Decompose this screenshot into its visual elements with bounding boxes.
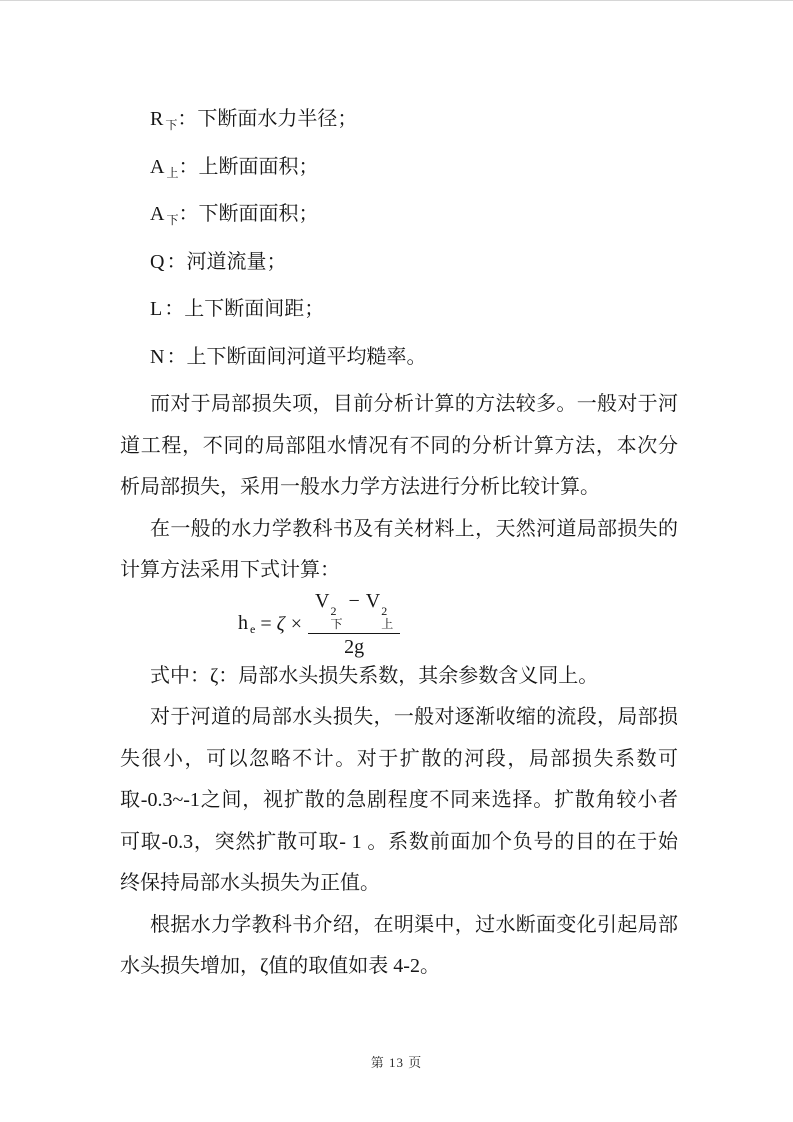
v-superscript: 2 <box>330 605 336 618</box>
symbol: N <box>150 346 164 368</box>
symbol: Q <box>150 251 164 273</box>
definition-line-l: L：上下断面间距； <box>120 289 678 337</box>
velocity-downstream-term: V2下 <box>315 590 342 612</box>
definition-line-q: Q：河道流量； <box>120 242 678 290</box>
symbol: A <box>150 156 164 178</box>
page-top-edge <box>0 0 793 1</box>
minus-sign: − <box>348 590 359 612</box>
v-sup-sub: 2上 <box>381 605 393 630</box>
page-number: 第 13 页 <box>371 1055 423 1070</box>
separator: ： <box>166 346 186 368</box>
symbol: L <box>150 298 162 320</box>
paragraph-coefficient-selection: 对于河道的局部水头损失，一般对逐渐收缩的流段，局部损失很小，可以忽略不计。对于扩… <box>120 697 678 905</box>
equals-sign: = <box>260 613 271 636</box>
symbol-subscript: 下 <box>165 118 177 132</box>
separator: ： <box>166 251 186 273</box>
symbol-subscript: 下 <box>166 213 178 227</box>
fraction: V2下−V2上 2g <box>308 590 400 659</box>
definition-text: 上下断面间河道平均糙率。 <box>186 346 426 368</box>
symbol: A <box>150 203 164 225</box>
fraction-numerator: V2下−V2上 <box>308 590 400 634</box>
separator: ： <box>164 298 184 320</box>
zeta-symbol: ζ <box>277 613 285 636</box>
velocity-upstream-term: V2上 <box>366 590 393 612</box>
definition-text: 下断面面积； <box>198 203 318 225</box>
v-symbol: V <box>366 590 380 612</box>
definition-line-a-up: A上：上断面面积； <box>120 147 678 195</box>
page-footer: 第 13 页 <box>0 1052 793 1071</box>
formula-lhs: he <box>238 612 255 637</box>
separator: ： <box>177 108 197 130</box>
definition-text: 上下断面间距； <box>184 298 324 320</box>
paragraph-textbook-method: 在一般的水力学教科书及有关材料上，天然河道局部损失的计算方法采用下式计算： <box>120 509 678 592</box>
v-subscript: 下 <box>330 618 342 631</box>
symbol: R <box>150 108 163 130</box>
definition-line-n: N：上下断面间河道平均糙率。 <box>120 337 678 385</box>
v-subscript: 上 <box>381 618 393 631</box>
definition-line-r-down: R下：下断面水力半径； <box>120 99 678 147</box>
paragraph-local-loss-intro: 而对于局部损失项，目前分析计算的方法较多。一般对于河道工程，不同的局部阻水情况有… <box>120 384 678 509</box>
symbol-subscript: 上 <box>166 166 178 180</box>
definition-text: 下断面水力半径； <box>197 108 357 130</box>
v-superscript: 2 <box>381 605 387 618</box>
v-sup-sub: 2下 <box>330 605 342 630</box>
separator: ： <box>178 156 198 178</box>
document-page: R下：下断面水力半径； A上：上断面面积； A下：下断面面积； Q：河道流量； … <box>0 0 793 1122</box>
paragraph-formula-legend: 式中：ζ：局部水头损失系数，其余参数含义同上。 <box>120 656 678 698</box>
v-symbol: V <box>315 590 329 612</box>
head-loss-formula: he = ζ × V2下−V2上 2g <box>238 596 678 654</box>
times-sign: × <box>291 613 302 636</box>
paragraph-table-reference: 根据水力学教科书介绍，在明渠中，过水断面变化引起局部水头损失增加，ζ值的取值如表… <box>120 905 678 988</box>
definition-text: 上断面面积； <box>198 156 318 178</box>
h-subscript: e <box>250 622 255 636</box>
separator: ： <box>178 203 198 225</box>
page-content: R下：下断面水力半径； A上：上断面面积； A下：下断面面积； Q：河道流量； … <box>120 99 678 988</box>
h-symbol: h <box>238 612 248 634</box>
definition-line-a-down: A下：下断面面积； <box>120 194 678 242</box>
definition-text: 河道流量； <box>186 251 286 273</box>
